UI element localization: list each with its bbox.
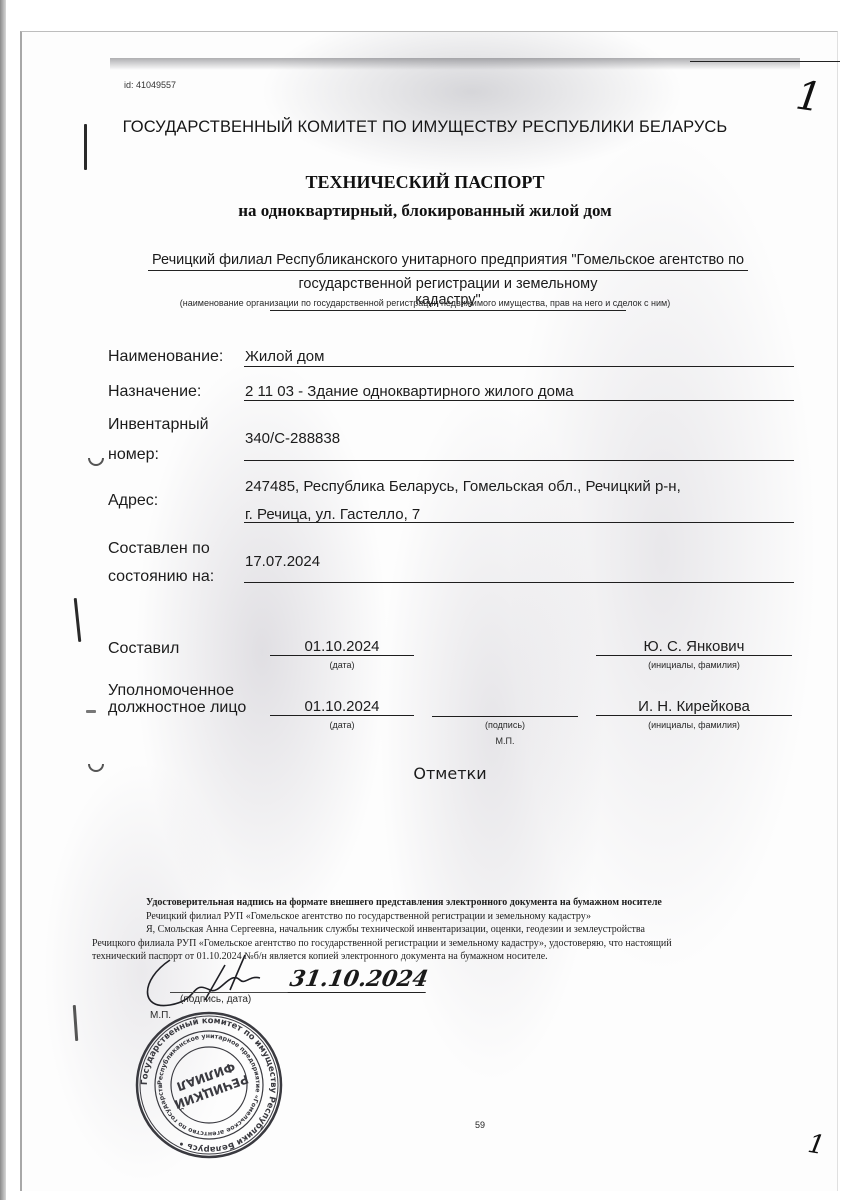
certification-line: Речицкий филиал РУП «Гомельское агентств…: [92, 910, 792, 924]
field-label-name: Наименование:: [108, 344, 223, 369]
field-rule: [244, 366, 794, 367]
certification-signature-caption: (подпись, дата): [180, 994, 251, 1005]
authorized-date: 01.10.2024: [270, 698, 414, 716]
field-label-inventory-line2: номер:: [108, 442, 159, 467]
authorized-label-line2: должностное лицо: [108, 699, 246, 717]
field-label-address: Адрес:: [108, 488, 158, 513]
field-label-as-of-line2: состоянию на:: [108, 564, 214, 589]
field-value-address-line1: 247485, Республика Беларусь, Гомельская …: [245, 474, 681, 499]
remarks-heading: Отметки: [0, 764, 850, 783]
certification-line: Удостоверительная надпись на формате вне…: [92, 896, 792, 910]
signature-caption: (подпись): [432, 720, 578, 730]
field-rule: [244, 582, 794, 583]
document-subtitle: на одноквартирный, блокированный жилой д…: [0, 201, 850, 221]
field-value-address-line2: г. Речица, ул. Гастелло, 7: [245, 502, 420, 527]
compiled-date-caption: (дата): [270, 660, 414, 670]
compiled-by-label: Составил: [108, 640, 179, 658]
authorized-label-line1: Уполномоченное: [108, 682, 234, 700]
compiled-name: Ю. С. Янкович: [596, 638, 792, 656]
committee-heading: ГОСУДАРСТВЕННЫЙ КОМИТЕТ ПО ИМУЩЕСТВУ РЕС…: [0, 118, 850, 137]
compiled-date: 01.10.2024: [270, 638, 414, 656]
handwritten-date: 31.10.2024: [288, 966, 431, 993]
signature-line: [432, 716, 578, 717]
certification-line: Я, Смольская Анна Сергеевна, начальник с…: [92, 923, 792, 937]
organization-caption: (наименование организации по государстве…: [0, 298, 850, 308]
field-rule: [244, 400, 794, 401]
certification-signature-line: [170, 992, 290, 993]
document-title: ТЕХНИЧЕСКИЙ ПАСПОРТ: [0, 172, 850, 193]
certification-line: Речицкого филиала РУП «Гомельское агентс…: [92, 937, 792, 951]
document-id: id: 41049557: [124, 80, 176, 90]
seal-caption: М.П.: [432, 736, 578, 746]
binding-mark: [86, 710, 96, 713]
authorized-date-caption: (дата): [270, 720, 414, 730]
official-stamp-icon: Государственный комитет по имуществу Рес…: [134, 1010, 284, 1160]
field-value-inventory: 340/С-288838: [245, 426, 340, 451]
field-label-as-of-line1: Составлен по: [108, 536, 210, 561]
field-label-inventory-line1: Инвентарный: [108, 412, 209, 437]
field-rule: [244, 522, 794, 523]
authorized-name: И. Н. Кирейкова: [596, 698, 792, 716]
page-number: 59: [475, 1120, 485, 1130]
top-rule: [690, 61, 840, 62]
field-rule: [244, 460, 794, 461]
scan-smudge: [110, 58, 800, 70]
field-label-purpose: Назначение:: [108, 379, 201, 404]
authorized-name-caption: (инициалы, фамилия): [596, 720, 792, 730]
organization-name-line1: Речицкий филиал Республиканского унитарн…: [148, 252, 748, 271]
compiled-name-caption: (инициалы, фамилия): [596, 660, 792, 670]
field-value-as-of: 17.07.2024: [245, 549, 320, 574]
